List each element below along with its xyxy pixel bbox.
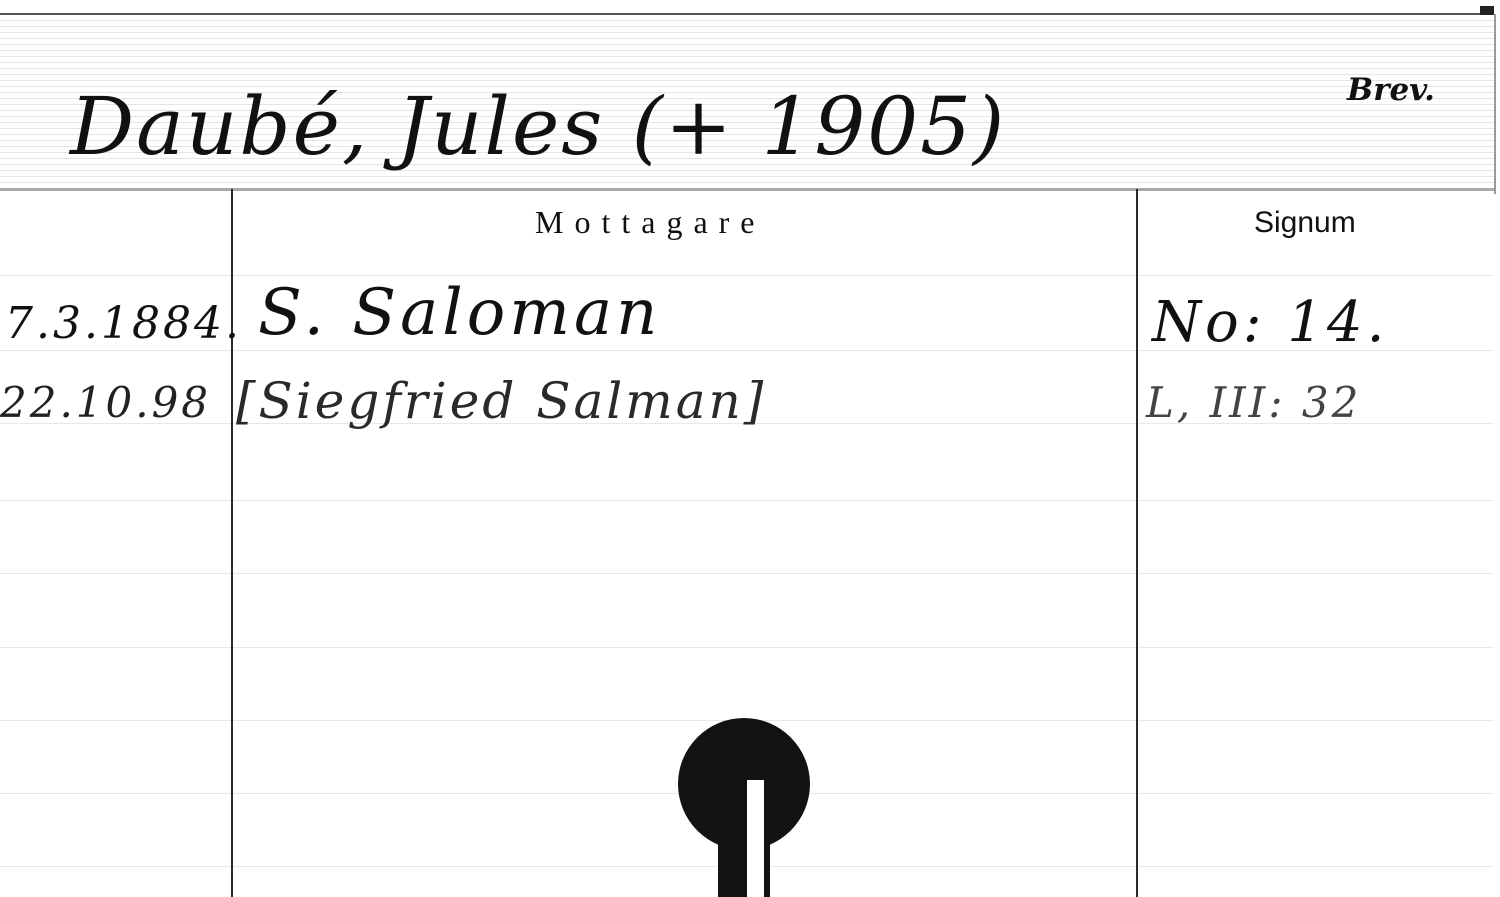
- header-rule: [0, 188, 1494, 191]
- row-rule: [0, 647, 1494, 648]
- entry-recipient: S. Saloman: [258, 276, 661, 350]
- entry-date: 7.3.1884.: [5, 298, 242, 349]
- punch-hole-rod: [747, 780, 764, 897]
- index-card: Brev. Daubé, Jules (+ 1905) Mottagare Si…: [0, 0, 1500, 897]
- recipient-column-header: Mottagare: [535, 204, 766, 241]
- entry-signum: No: 14.: [1152, 290, 1388, 355]
- category-label: Brev.: [1347, 72, 1435, 108]
- entry-recipient-annotation: [Siegfried Salman]: [236, 372, 766, 430]
- row-rule: [0, 500, 1494, 501]
- correspondent-name: Daubé, Jules (+ 1905): [70, 80, 1006, 173]
- row-rule: [0, 275, 1494, 276]
- card-right-edge: [1494, 14, 1496, 194]
- entry-signum-secondary: L, III: 32: [1146, 378, 1361, 427]
- entry-date-secondary: 22.10.98: [0, 378, 211, 427]
- signum-column-header: Signum: [1254, 206, 1356, 240]
- row-rule: [0, 573, 1494, 574]
- date-column-divider: [231, 189, 233, 897]
- signum-column-divider: [1136, 189, 1138, 897]
